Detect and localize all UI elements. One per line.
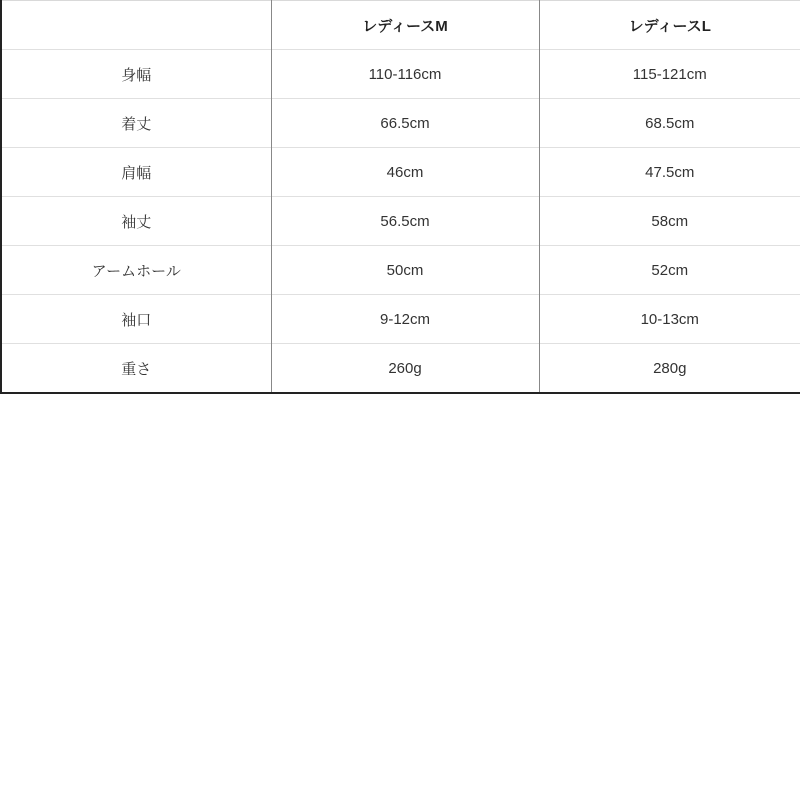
table-row: 袖口 9-12cm 10-13cm [1, 295, 800, 344]
row-label: 身幅 [1, 50, 271, 99]
value-l: 68.5cm [539, 99, 800, 148]
value-l: 115-121cm [539, 50, 800, 99]
table-row: 袖丈 56.5cm 58cm [1, 197, 800, 246]
value-l: 10-13cm [539, 295, 800, 344]
value-l: 52cm [539, 246, 800, 295]
table-row: アームホール 50cm 52cm [1, 246, 800, 295]
value-l: 47.5cm [539, 148, 800, 197]
table-header-row: レディースM レディースL [1, 1, 800, 50]
table-row: 身幅 110-116cm 115-121cm [1, 50, 800, 99]
value-m: 260g [271, 344, 539, 394]
size-table: レディースM レディースL 身幅 110-116cm 115-121cm 着丈 … [0, 0, 800, 394]
value-l: 280g [539, 344, 800, 394]
value-m: 50cm [271, 246, 539, 295]
row-label: 袖丈 [1, 197, 271, 246]
value-m: 56.5cm [271, 197, 539, 246]
value-m: 9-12cm [271, 295, 539, 344]
row-label: アームホール [1, 246, 271, 295]
value-l: 58cm [539, 197, 800, 246]
header-ladies-m: レディースM [271, 1, 539, 50]
page: レディースM レディースL 身幅 110-116cm 115-121cm 着丈 … [0, 0, 800, 800]
table-row: 重さ 260g 280g [1, 344, 800, 394]
header-ladies-l: レディースL [539, 1, 800, 50]
value-m: 110-116cm [271, 50, 539, 99]
table-row: 肩幅 46cm 47.5cm [1, 148, 800, 197]
row-label: 重さ [1, 344, 271, 394]
row-label: 肩幅 [1, 148, 271, 197]
value-m: 66.5cm [271, 99, 539, 148]
row-label: 袖口 [1, 295, 271, 344]
header-empty-cell [1, 1, 271, 50]
table-row: 着丈 66.5cm 68.5cm [1, 99, 800, 148]
row-label: 着丈 [1, 99, 271, 148]
value-m: 46cm [271, 148, 539, 197]
